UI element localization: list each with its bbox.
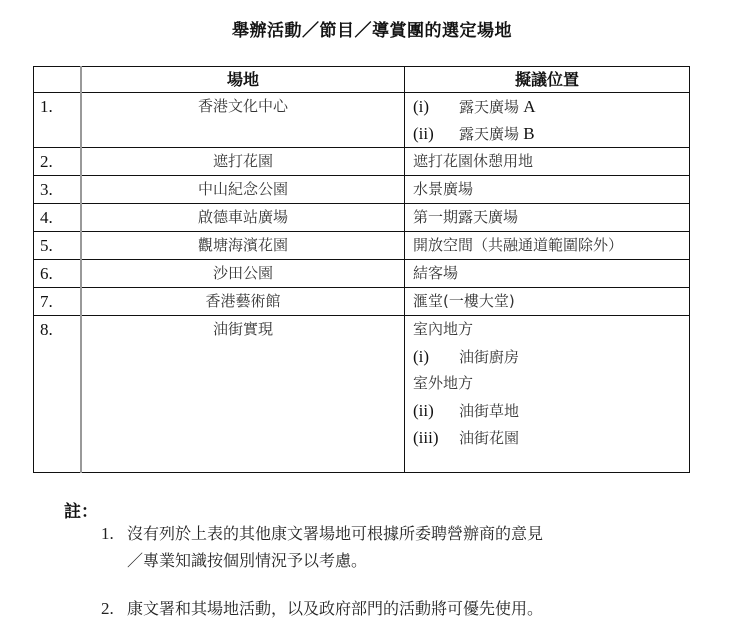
- document-title: 舉辦活動／節目／導賞團的選定場地: [0, 16, 744, 41]
- location-text: 油街草地: [459, 402, 519, 420]
- location-text: 第一期露天廣場: [405, 204, 690, 232]
- item-marker: (i): [413, 343, 459, 370]
- row-number: 8.: [34, 316, 82, 473]
- table-row: 2. 遮打花園 遮打花園休憩用地: [34, 148, 690, 176]
- row-number: 4.: [34, 204, 82, 232]
- location-text: 遮打花園休憩用地: [405, 148, 690, 176]
- location-item: (iii)油街花園: [413, 424, 689, 451]
- location-suffix: A: [519, 97, 536, 116]
- table-header-row: 場地 擬議位置: [34, 67, 690, 93]
- row-number: 6.: [34, 260, 82, 288]
- item-marker: (i): [413, 93, 459, 120]
- location-group-label: 室內地方: [413, 316, 689, 343]
- venue-table: 場地 擬議位置 1. 香港文化中心 (i)露天廣場 A (ii)露天廣場 B 2…: [33, 66, 690, 473]
- row-number: 7.: [34, 288, 82, 316]
- venue-name: 香港藝術館: [81, 288, 405, 316]
- venue-name: 啟德車站廣場: [81, 204, 405, 232]
- row-number: 1.: [34, 93, 82, 148]
- table-row: 4. 啟德車站廣場 第一期露天廣場: [34, 204, 690, 232]
- location-item: (ii)油街草地: [413, 397, 689, 424]
- table-row: 5. 觀塘海濱花園 開放空間（共融通道範圍除外）: [34, 232, 690, 260]
- note-number: 1.: [101, 524, 127, 544]
- table-row: 6. 沙田公園 結客場: [34, 260, 690, 288]
- header-location: 擬議位置: [405, 67, 690, 93]
- note-text: 沒有列於上表的其他康文署場地可根據所委聘營辦商的意見: [127, 524, 543, 543]
- note-text: 康文署和其場地活動，以及政府部門的活動將可優先使用。: [127, 599, 543, 618]
- location-text: 油街廚房: [459, 348, 519, 366]
- location-text: 露天廣場: [459, 98, 519, 116]
- table-row: 7. 香港藝術館 滙堂(一樓大堂): [34, 288, 690, 316]
- note-item: 1.沒有列於上表的其他康文署場地可根據所委聘營辦商的意見: [101, 521, 543, 544]
- location-text: 水景廣場: [405, 176, 690, 204]
- header-number: [34, 67, 82, 93]
- venue-name: 觀塘海濱花園: [81, 232, 405, 260]
- table-row: 1. 香港文化中心 (i)露天廣場 A (ii)露天廣場 B: [34, 93, 690, 148]
- location-cell: 室內地方 (i)油街廚房 室外地方 (ii)油街草地 (iii)油街花園: [405, 316, 690, 473]
- location-text: 露天廣場: [459, 125, 519, 143]
- item-marker: (ii): [413, 397, 459, 424]
- note-number: 2.: [101, 599, 127, 619]
- location-item: (i)露天廣場 A: [413, 93, 689, 120]
- row-number: 2.: [34, 148, 82, 176]
- location-text: 滙堂(一樓大堂): [405, 288, 690, 316]
- venue-name: 油街實現: [81, 316, 405, 473]
- notes-heading: 註：: [64, 497, 98, 522]
- venue-name: 中山紀念公園: [81, 176, 405, 204]
- location-item: (i)油街廚房: [413, 343, 689, 370]
- row-number: 5.: [34, 232, 82, 260]
- table-row: 3. 中山紀念公園 水景廣場: [34, 176, 690, 204]
- header-venue: 場地: [81, 67, 405, 93]
- location-text: 結客場: [405, 260, 690, 288]
- location-suffix: B: [519, 124, 535, 143]
- table-row: 8. 油街實現 室內地方 (i)油街廚房 室外地方 (ii)油街草地 (iii)…: [34, 316, 690, 473]
- location-text: 開放空間（共融通道範圍除外）: [405, 232, 690, 260]
- location-item: (ii)露天廣場 B: [413, 120, 689, 147]
- note-item: 2.康文署和其場地活動，以及政府部門的活動將可優先使用。: [101, 596, 543, 619]
- item-marker: (ii): [413, 120, 459, 147]
- venue-name: 沙田公園: [81, 260, 405, 288]
- item-marker: (iii): [413, 424, 459, 451]
- venue-name: 遮打花園: [81, 148, 405, 176]
- location-group-label: 室外地方: [413, 370, 689, 397]
- venue-name: 香港文化中心: [81, 93, 405, 148]
- location-text: 油街花園: [459, 429, 519, 447]
- note-text-continued: ／專業知識按個別情況予以考慮。: [127, 548, 367, 571]
- location-cell: (i)露天廣場 A (ii)露天廣場 B: [405, 93, 690, 148]
- row-number: 3.: [34, 176, 82, 204]
